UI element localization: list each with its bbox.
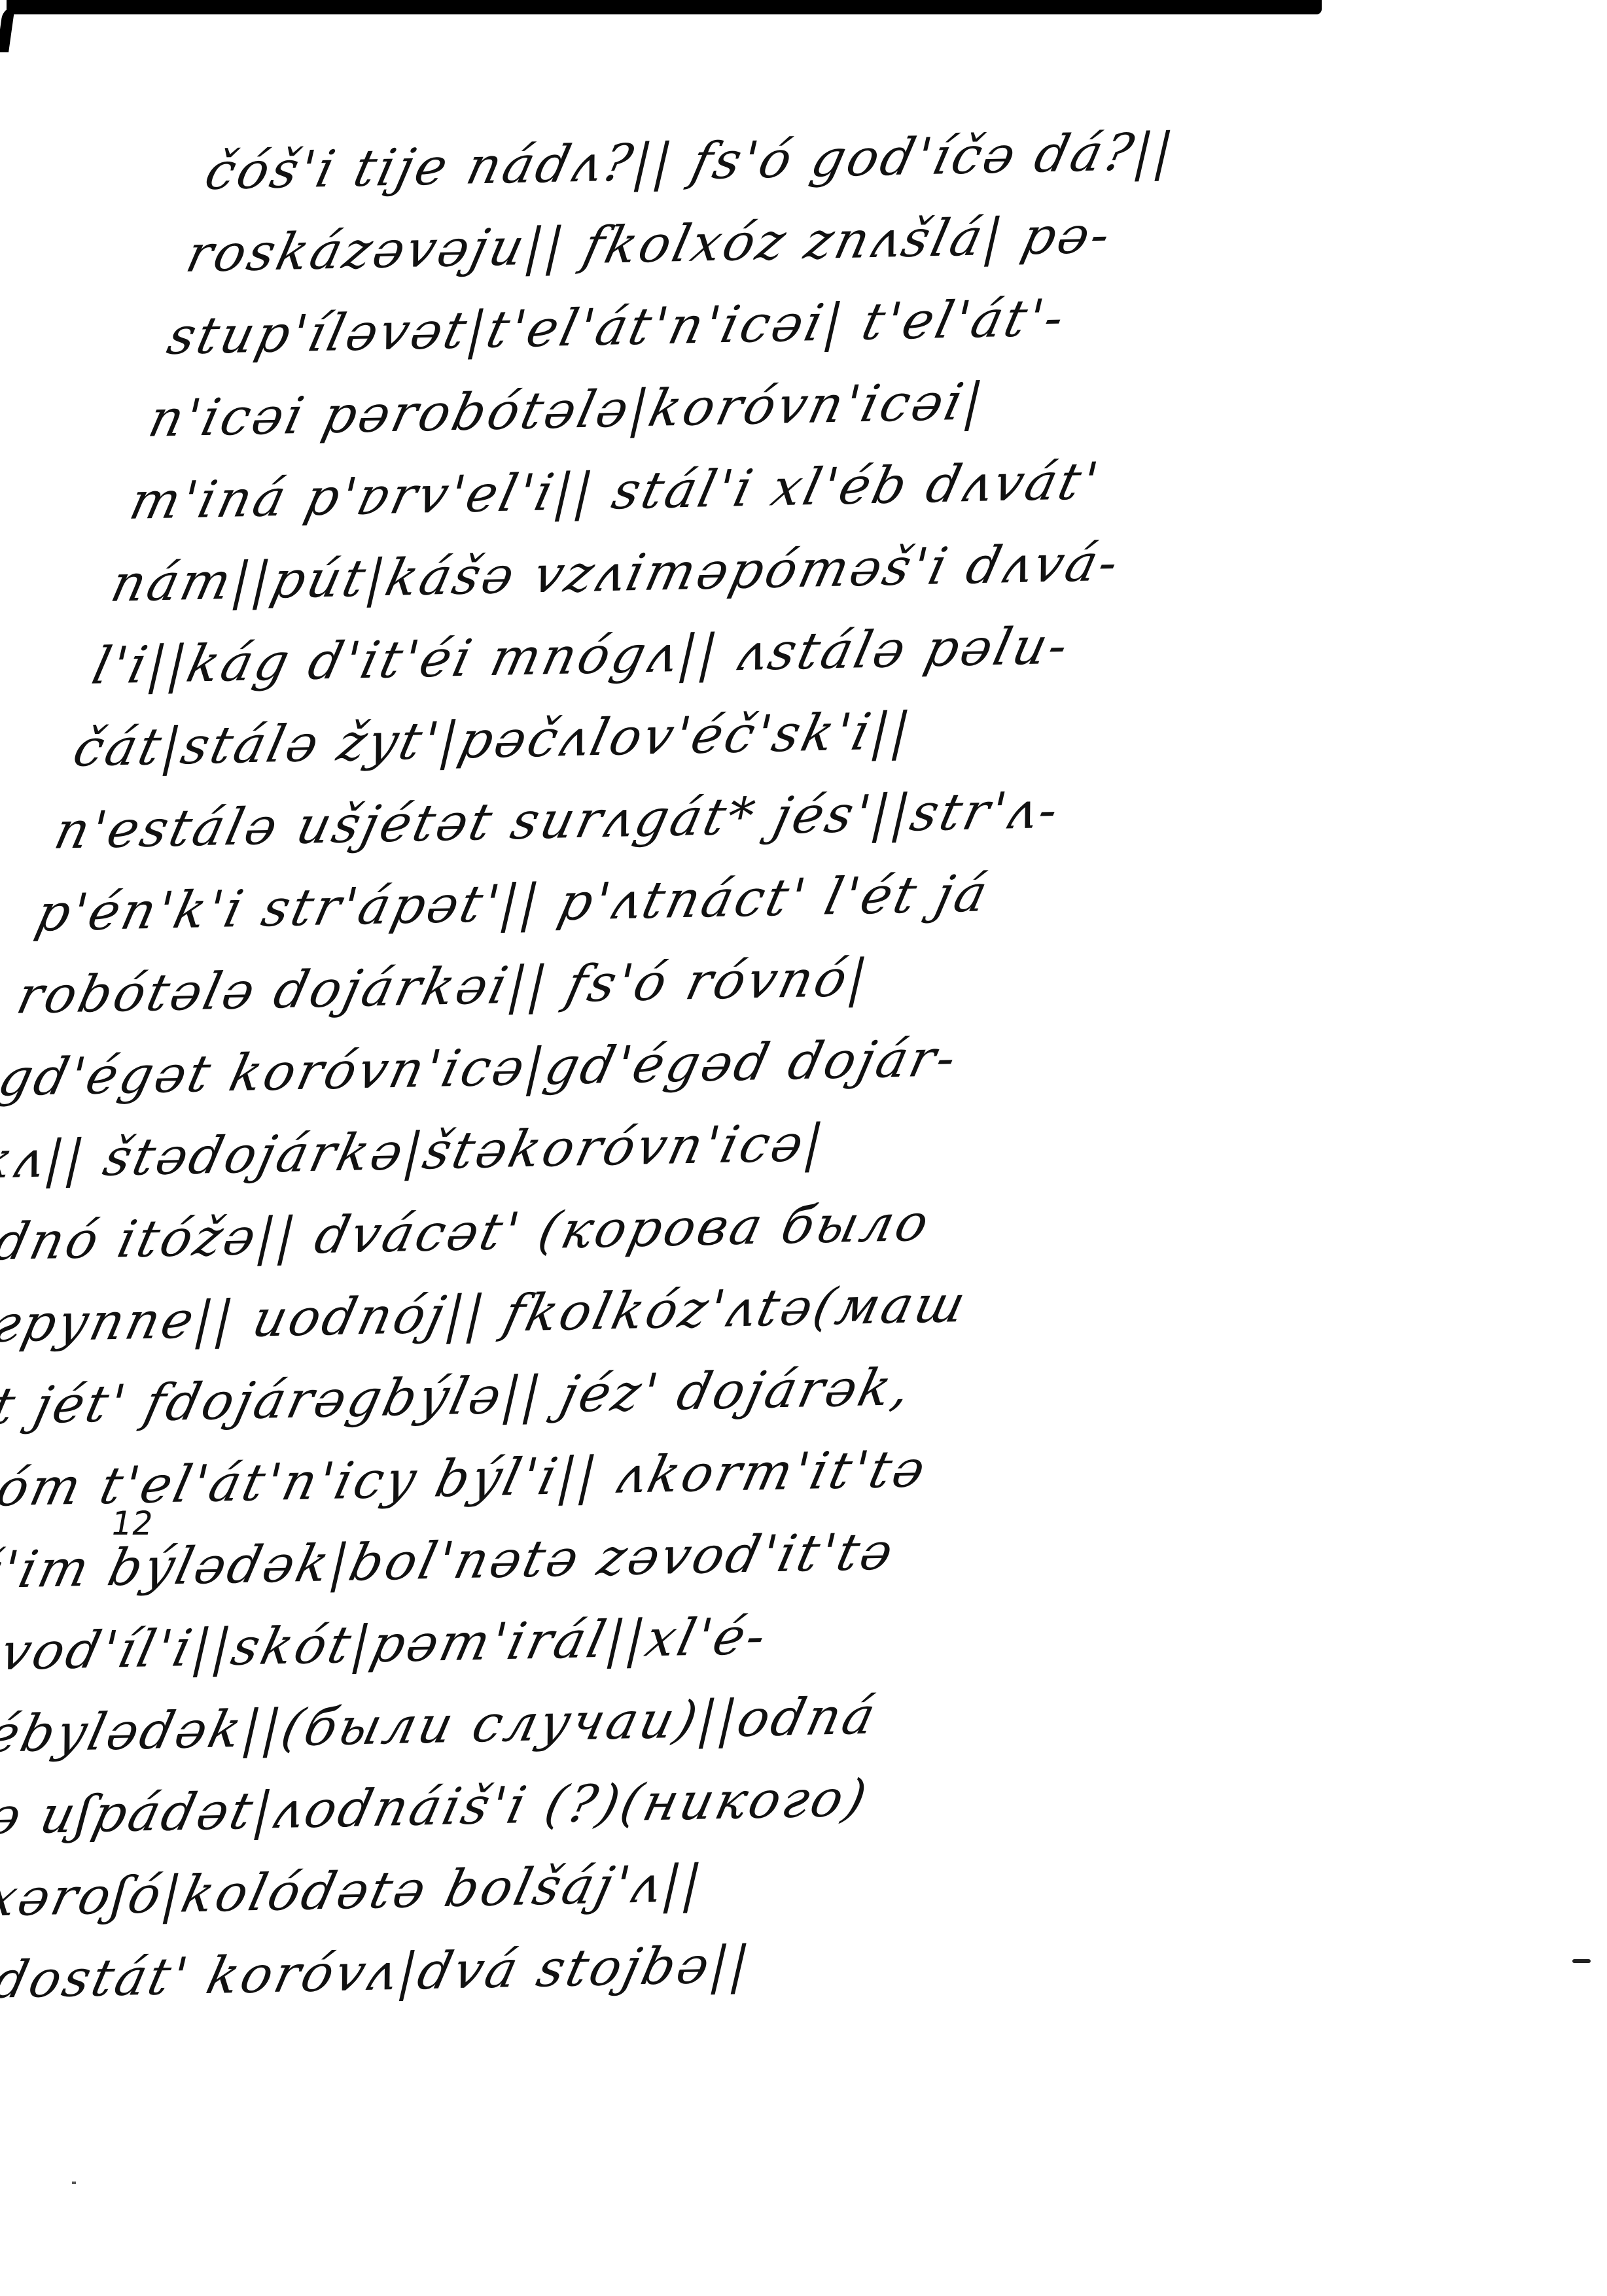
scan-border-top: [7, 0, 1322, 14]
margin-page-mark: 12: [108, 1505, 156, 1542]
scan-border-corner: [0, 7, 15, 52]
handwritten-text-block: čóš'i tije nádʌ?|| fs'ó god'íčə dá?|| ro…: [0, 107, 1373, 2026]
scan-speck: [72, 2182, 76, 2184]
scan-speck: [1572, 1959, 1591, 1963]
